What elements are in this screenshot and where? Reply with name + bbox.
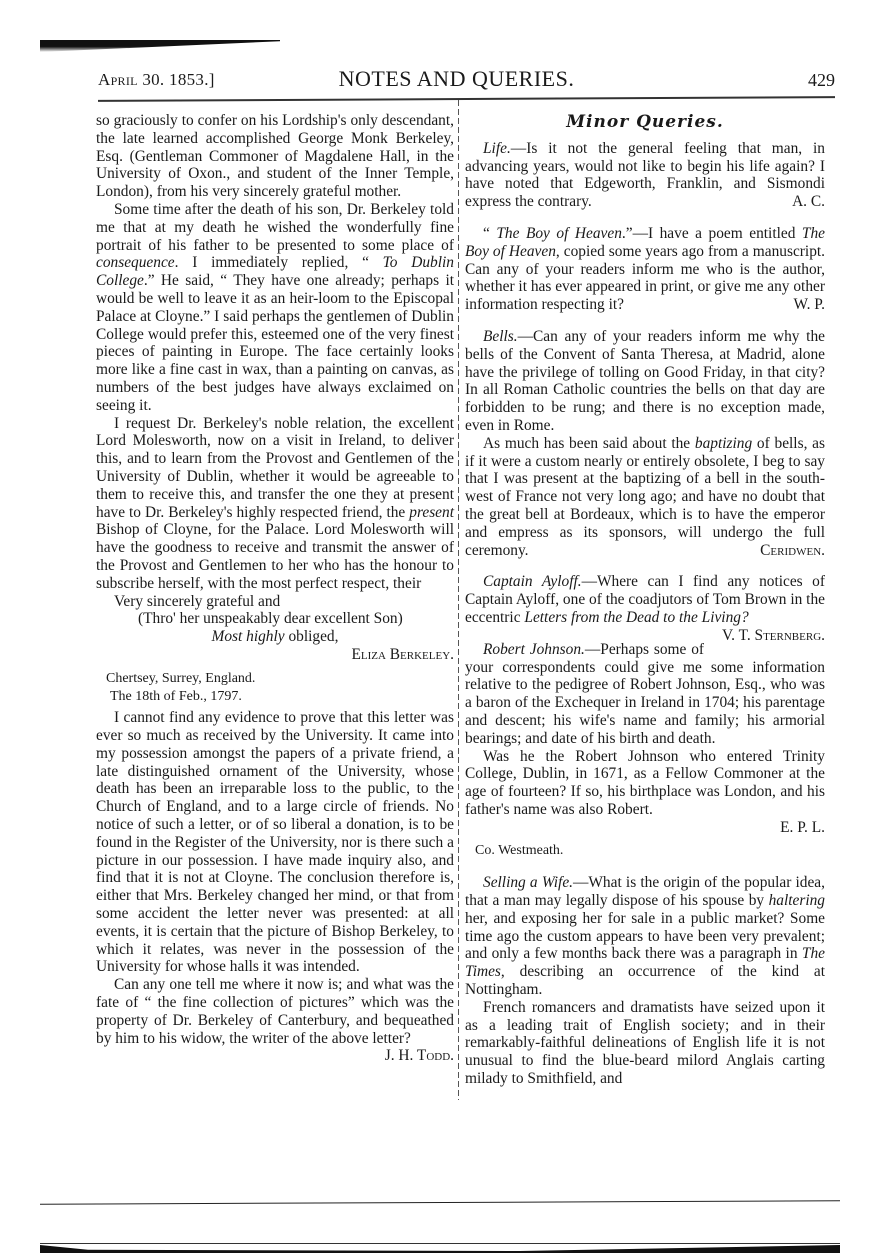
letter-place: Chertsey, Surrey, England.	[96, 670, 454, 688]
column-divider	[458, 100, 459, 1100]
query-selling-a-wife: Selling a Wife.—What is the origin of th…	[465, 874, 825, 999]
paragraph: Some time after the death of his son, Dr…	[96, 201, 454, 415]
signature: E. P. L.	[465, 819, 825, 837]
running-head: April 30. 1853.] NOTES AND QUERIES. 429	[98, 66, 835, 94]
query-bells-continued: As much has been said about the baptizin…	[465, 435, 825, 560]
query-selling-a-wife-continued: French romancers and dramatists have sei…	[465, 999, 825, 1088]
query-robert-johnson: Robert Johnson.—Perhaps some of your cor…	[465, 641, 825, 748]
letter-closing: (Thro' her unspeakably dear excellent So…	[96, 610, 454, 628]
letter-closing: Most highly obliged,	[96, 628, 454, 646]
signature-place: Co. Westmeath.	[465, 842, 825, 860]
right-column: Minor Queries. Life.—Is it not the gener…	[465, 112, 825, 1088]
paragraph: so graciously to confer on his Lordship'…	[96, 112, 454, 201]
paragraph: Can any one tell me where it now is; and…	[96, 976, 454, 1047]
signature: A. C.	[774, 193, 825, 211]
signature: Eliza Berkeley.	[96, 646, 454, 664]
letter-date: The 18th of Feb., 1797.	[96, 688, 454, 706]
section-heading: Minor Queries.	[465, 114, 825, 132]
bottom-decorative-rule	[40, 1243, 840, 1244]
query-robert-johnson-continued: Was he the Robert Johnson who entered Tr…	[465, 748, 825, 819]
bottom-decorative-rule	[40, 1200, 840, 1204]
signature: Ceridwen.	[742, 542, 825, 560]
query-boy-of-heaven: “ The Boy of Heaven.”—I have a poem enti…	[465, 225, 825, 314]
query-captain-ayloff: Captain Ayloff.—Where can I find any not…	[465, 573, 825, 626]
paragraph: I request Dr. Berkeley's noble relation,…	[96, 415, 454, 593]
page-number: 429	[808, 70, 835, 91]
left-column: so graciously to confer on his Lordship'…	[96, 112, 454, 1065]
top-decorative-rule	[40, 40, 280, 52]
bottom-decorative-rule	[40, 1245, 840, 1253]
signature: V. T. Sternberg.	[704, 627, 825, 645]
query-life: Life.—Is it not the general feeling that…	[465, 140, 825, 211]
signature: J. H. Todd.	[367, 1047, 454, 1065]
signature: W. P.	[775, 296, 825, 314]
query-bells: Bells.—Can any of your readers inform me…	[465, 328, 825, 435]
journal-title: NOTES AND QUERIES.	[98, 66, 835, 92]
header-rule	[98, 96, 835, 102]
paragraph: I cannot find any evidence to prove that…	[96, 709, 454, 976]
letter-closing: Very sincerely grateful and	[96, 593, 454, 611]
